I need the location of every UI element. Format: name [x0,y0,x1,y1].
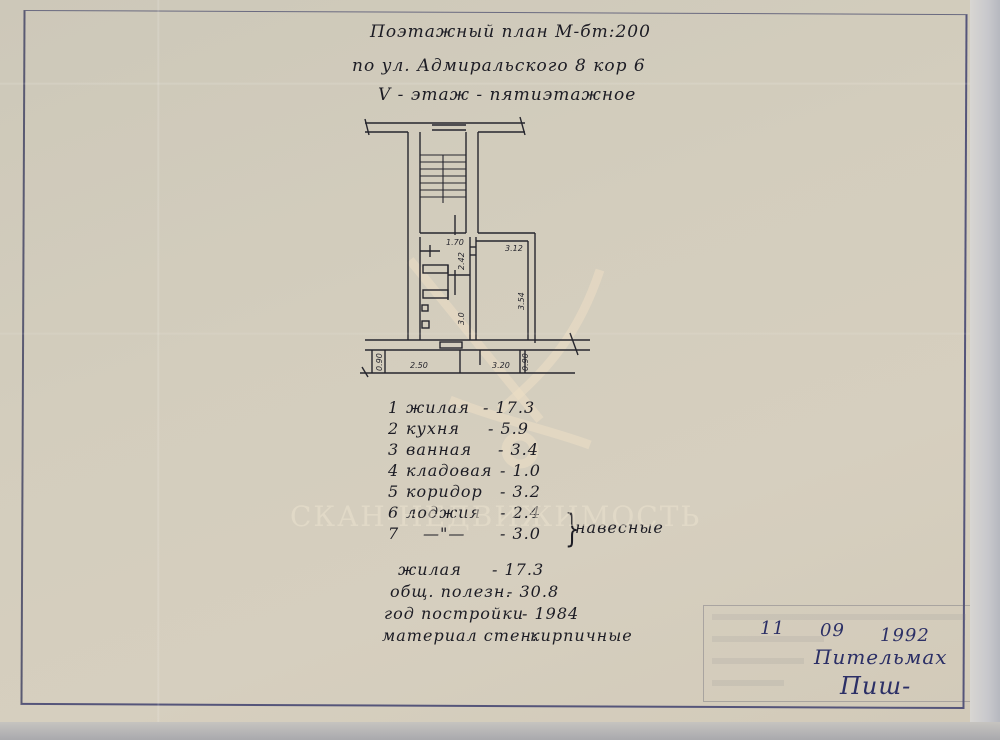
summary-value: кирпичные [530,626,633,645]
legend-area: - 17.3 [483,398,535,417]
legend-num: 1 [388,398,399,417]
dim-corridor-width: 1.70 [446,238,464,247]
summary-value: - 1984 [522,604,579,623]
legend-num: 3 [388,440,399,459]
dim-loggia-1: 2.50 [410,361,428,370]
summary-label: материал стен: [382,626,538,645]
bottom-edge [0,722,1000,740]
legend-area: - 3.2 [500,482,541,501]
scanned-paper: Поэтажный план М-бт:200 по ул. Адмиральс… [0,0,975,725]
title-floor: V - этаж - пятиэтажное [378,85,636,105]
legend-area: - 1.0 [500,461,541,480]
legend-area: - 3.4 [498,440,539,459]
floor-plan-svg: 1.70 3.12 3.54 3.0 2.42 0.90 0.90 2.50 3… [360,115,590,385]
stamp-year: 1992 [880,625,930,646]
stamp-day: 11 [760,618,785,639]
title-plan-scale: Поэтажный план М-бт:200 [370,22,651,42]
legend-num: 2 [388,419,399,438]
dim-room-width: 3.12 [505,244,523,253]
dim-kitchen-length: 3.0 [457,312,466,325]
dim-balcony-depth-left: 0.90 [375,353,384,371]
dim-loggia-2: 3.20 [492,361,510,370]
plastic-sleeve-edge [970,0,1000,740]
summary-label: год постройки [384,604,524,623]
legend-name: коридор [406,482,483,501]
floor-plan-drawing: 1.70 3.12 3.54 3.0 2.42 0.90 0.90 2.50 3… [360,115,590,385]
summary-label: общ. полезн. [390,582,512,601]
summary-value: - 17.3 [492,560,544,579]
dim-balcony-depth-right: 0.90 [521,353,530,371]
legend-name: кухня [406,419,460,438]
legend-name: ванная [406,440,472,459]
title-address: по ул. Адмиральского 8 кор 6 [352,56,646,76]
stamp-name: Пительмах [814,645,948,669]
watermark-text: СКАН-НЕДВИЖИМОСТЬ [290,500,701,533]
summary-value: - 30.8 [507,582,559,601]
legend-name: кладовая [406,461,493,480]
legend-area: - 5.9 [488,419,529,438]
dim-room-length: 3.54 [517,292,526,310]
legend-num: 5 [388,482,399,501]
stamp-month: 09 [820,620,845,641]
signature: Пиш- [840,672,911,700]
summary-label: жилая [398,560,462,579]
legend-name: жилая [406,398,470,417]
legend-num: 4 [388,461,399,480]
dim-hall-length: 2.42 [457,252,466,270]
